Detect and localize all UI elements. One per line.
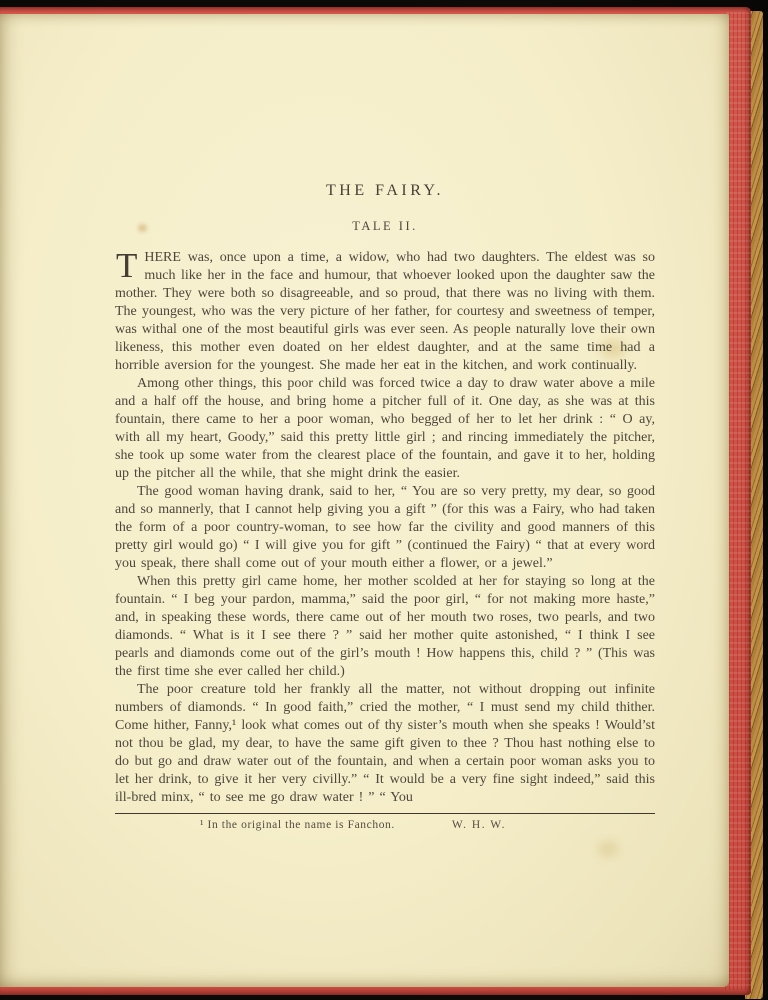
footnote-row: ¹ In the original the name is Fanchon. W… <box>200 819 655 831</box>
story-paragraph: The good woman having drank, said to her… <box>115 483 655 573</box>
paragraph-text: HERE was, once upon a time, a widow, who… <box>115 250 655 373</box>
book-photo-scene: THE FAIRY. TALE II. THERE was, once upon… <box>0 0 768 1000</box>
story-paragraph: When this pretty girl came home, her mot… <box>115 573 655 681</box>
book-page: THE FAIRY. TALE II. THERE was, once upon… <box>0 14 729 987</box>
page-title: THE FAIRY. <box>115 183 655 199</box>
drop-cap: T <box>115 249 144 280</box>
story-paragraph: The poor creature told her frankly all t… <box>115 681 655 807</box>
page-content: THE FAIRY. TALE II. THERE was, once upon… <box>0 14 729 831</box>
story-paragraph: THERE was, once upon a time, a widow, wh… <box>115 249 655 375</box>
paper-stain <box>598 842 618 856</box>
translator-initials: W. H. W. <box>452 819 506 831</box>
footnote-rule <box>115 813 655 814</box>
tale-subtitle: TALE II. <box>115 219 655 233</box>
story-paragraph: Among other things, this poor child was … <box>115 375 655 483</box>
story-text: THERE was, once upon a time, a widow, wh… <box>115 249 655 807</box>
footnote-text: ¹ In the original the name is Fanchon. <box>200 819 395 831</box>
